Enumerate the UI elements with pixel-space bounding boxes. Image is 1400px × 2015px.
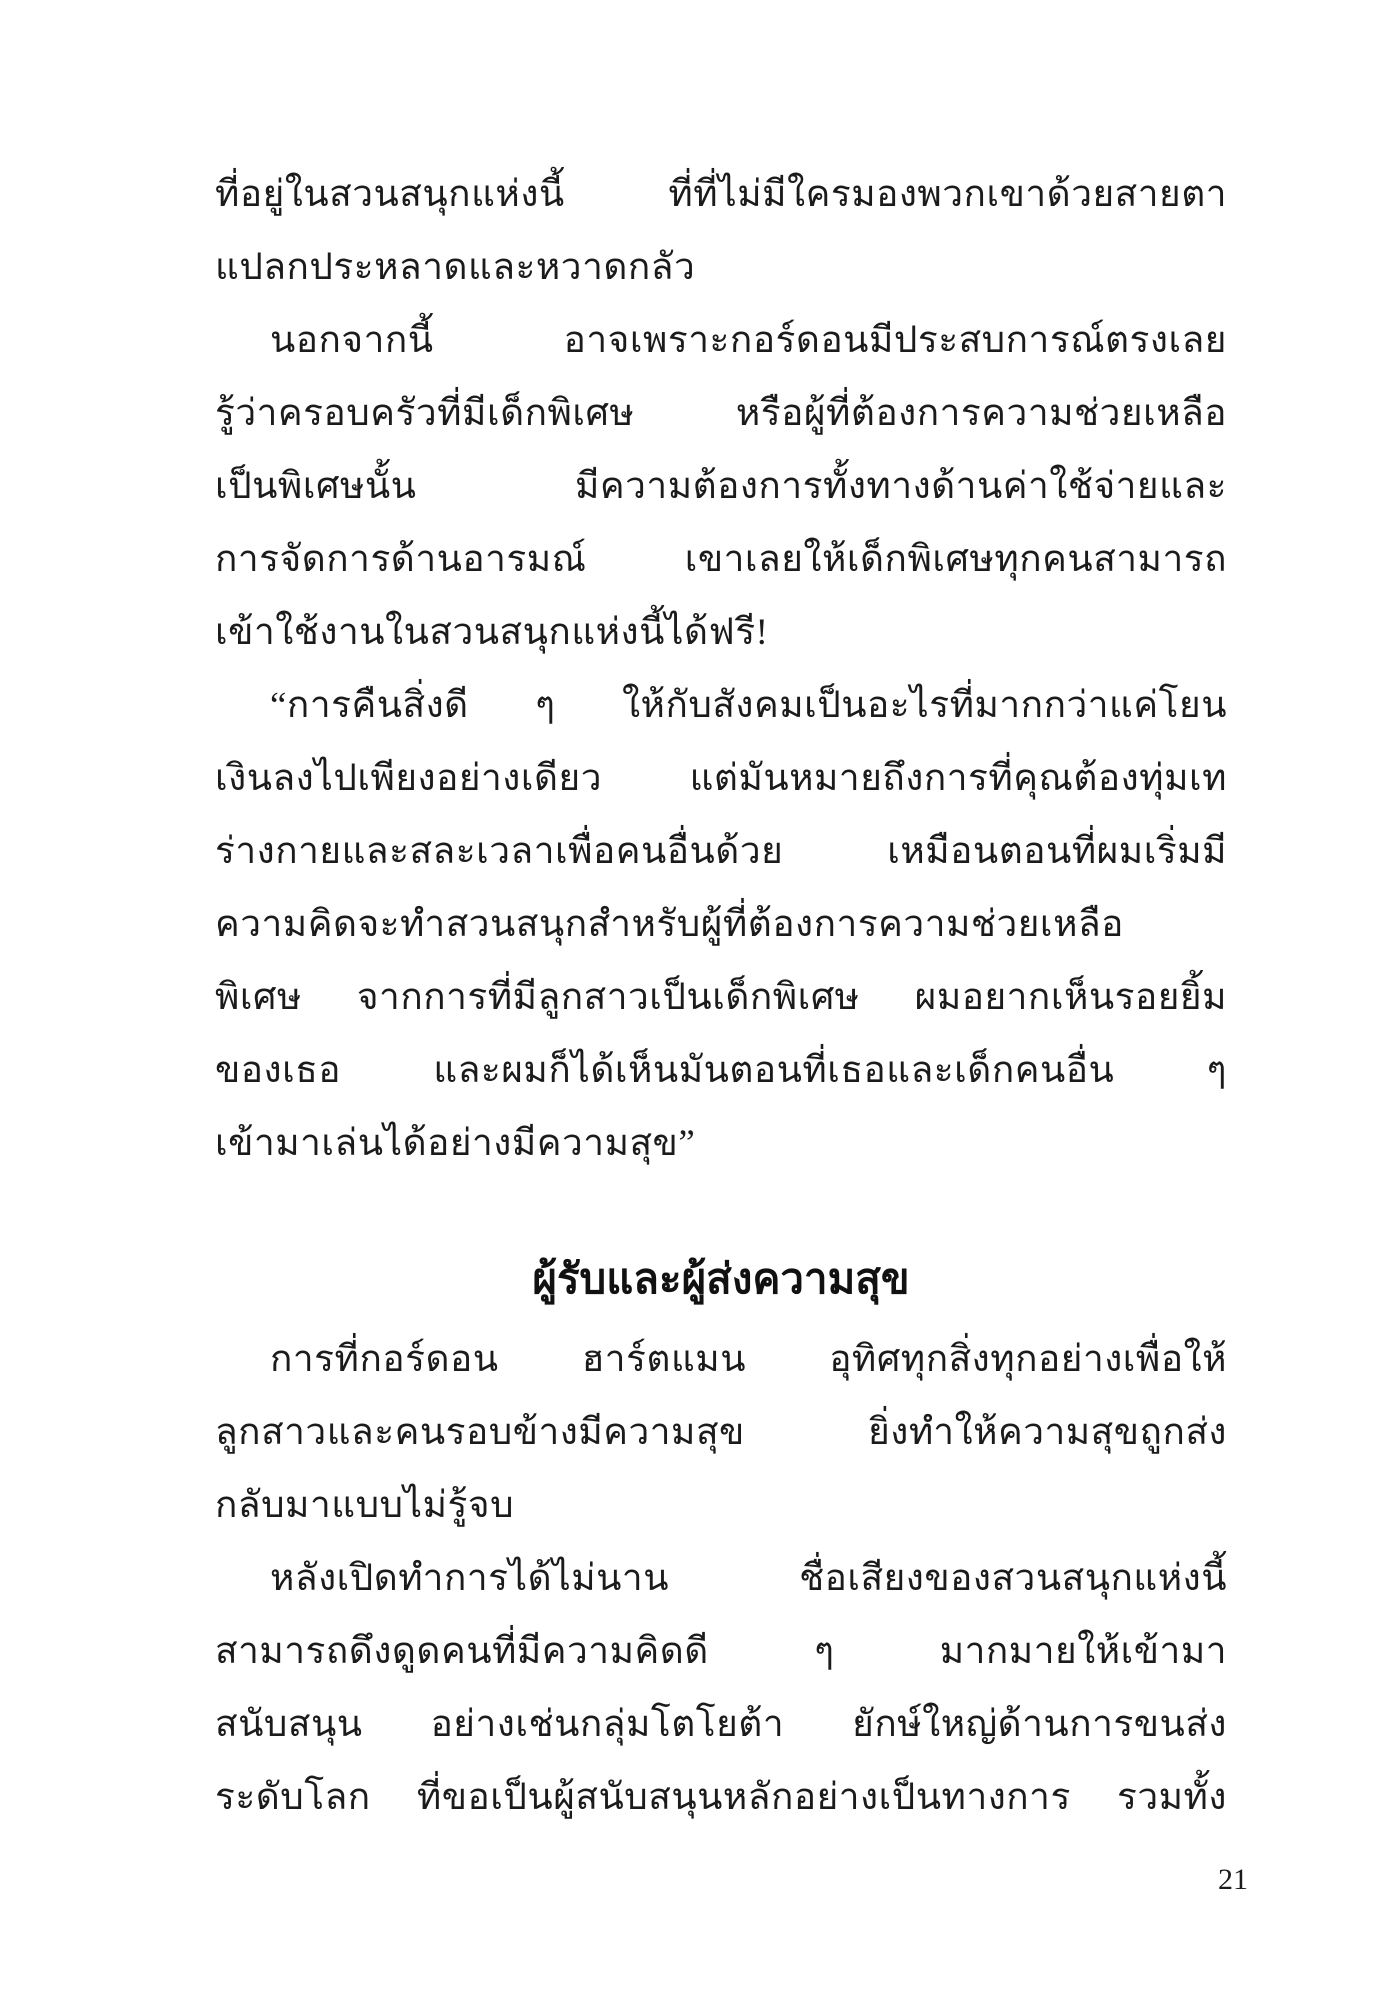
text-line: ร่างกายและสละเวลาเพื่อคนอื่นด้วย เหมือนต… <box>215 815 1227 888</box>
text-line: หลังเปิดทำการได้ไม่นาน ชื่อเสียงของสวนสน… <box>215 1542 1227 1615</box>
text-line: การที่กอร์ดอน ฮาร์ตแมน อุทิศทุกสิ่งทุกอย… <box>215 1323 1227 1396</box>
page-body: ที่อยู่ในสวนสนุกแห่งนี้ ที่ที่ไม่มีใครมอ… <box>215 158 1227 1834</box>
section-heading: ผู้รับและผู้ส่งความสุข <box>215 1242 1227 1315</box>
paragraph: ที่อยู่ในสวนสนุกแห่งนี้ ที่ที่ไม่มีใครมอ… <box>215 158 1227 304</box>
text-line: เป็นพิเศษนั้น มีความต้องการทั้งทางด้านค่… <box>215 450 1227 523</box>
text-line: ที่อยู่ในสวนสนุกแห่งนี้ ที่ที่ไม่มีใครมอ… <box>215 158 1227 231</box>
paragraph: นอกจากนี้ อาจเพราะกอร์ดอนมีประสบการณ์ตรง… <box>215 304 1227 669</box>
text-line: ความคิดจะทำสวนสนุกสำหรับผู้ที่ต้องการควา… <box>215 888 1227 961</box>
paragraph: การที่กอร์ดอน ฮาร์ตแมน อุทิศทุกสิ่งทุกอย… <box>215 1323 1227 1542</box>
paragraph: “การคืนสิ่งดี ๆ ให้กับสังคมเป็นอะไรที่มา… <box>215 669 1227 1180</box>
text-line: แปลกประหลาดและหวาดกลัว <box>215 231 1227 304</box>
text-line: การจัดการด้านอารมณ์ เขาเลยให้เด็กพิเศษทุ… <box>215 523 1227 596</box>
text-line: นอกจากนี้ อาจเพราะกอร์ดอนมีประสบการณ์ตรง… <box>215 304 1227 377</box>
text-line: “การคืนสิ่งดี ๆ ให้กับสังคมเป็นอะไรที่มา… <box>215 669 1227 742</box>
text-line: ของเธอ และผมก็ได้เห็นมันตอนที่เธอและเด็ก… <box>215 1034 1227 1107</box>
text-line: เงินลงไปเพียงอย่างเดียว แต่มันหมายถึงการ… <box>215 742 1227 815</box>
text-line: พิเศษ จากการที่มีลูกสาวเป็นเด็กพิเศษ ผมอ… <box>215 961 1227 1034</box>
text-line: เข้าใช้งานในสวนสนุกแห่งนี้ได้ฟรี! <box>215 596 1227 669</box>
text-line: รู้ว่าครอบครัวที่มีเด็กพิเศษ หรือผู้ที่ต… <box>215 377 1227 450</box>
text-line: ลูกสาวและคนรอบข้างมีความสุข ยิ่งทำให้ควา… <box>215 1396 1227 1469</box>
text-line: สามารถดึงดูดคนที่มีความคิดดี ๆ มากมายให้… <box>215 1615 1227 1688</box>
book-page: ที่อยู่ในสวนสนุกแห่งนี้ ที่ที่ไม่มีใครมอ… <box>0 0 1400 2015</box>
text-line: ระดับโลก ที่ขอเป็นผู้สนับสนุนหลักอย่างเป… <box>215 1761 1227 1834</box>
paragraph: หลังเปิดทำการได้ไม่นาน ชื่อเสียงของสวนสน… <box>215 1542 1227 1834</box>
text-line: เข้ามาเล่นได้อย่างมีความสุข” <box>215 1107 1227 1180</box>
page-number: 21 <box>1100 1862 1248 1898</box>
text-line: สนับสนุน อย่างเช่นกลุ่มโตโยต้า ยักษ์ใหญ่… <box>215 1688 1227 1761</box>
text-line: กลับมาแบบไม่รู้จบ <box>215 1469 1227 1542</box>
